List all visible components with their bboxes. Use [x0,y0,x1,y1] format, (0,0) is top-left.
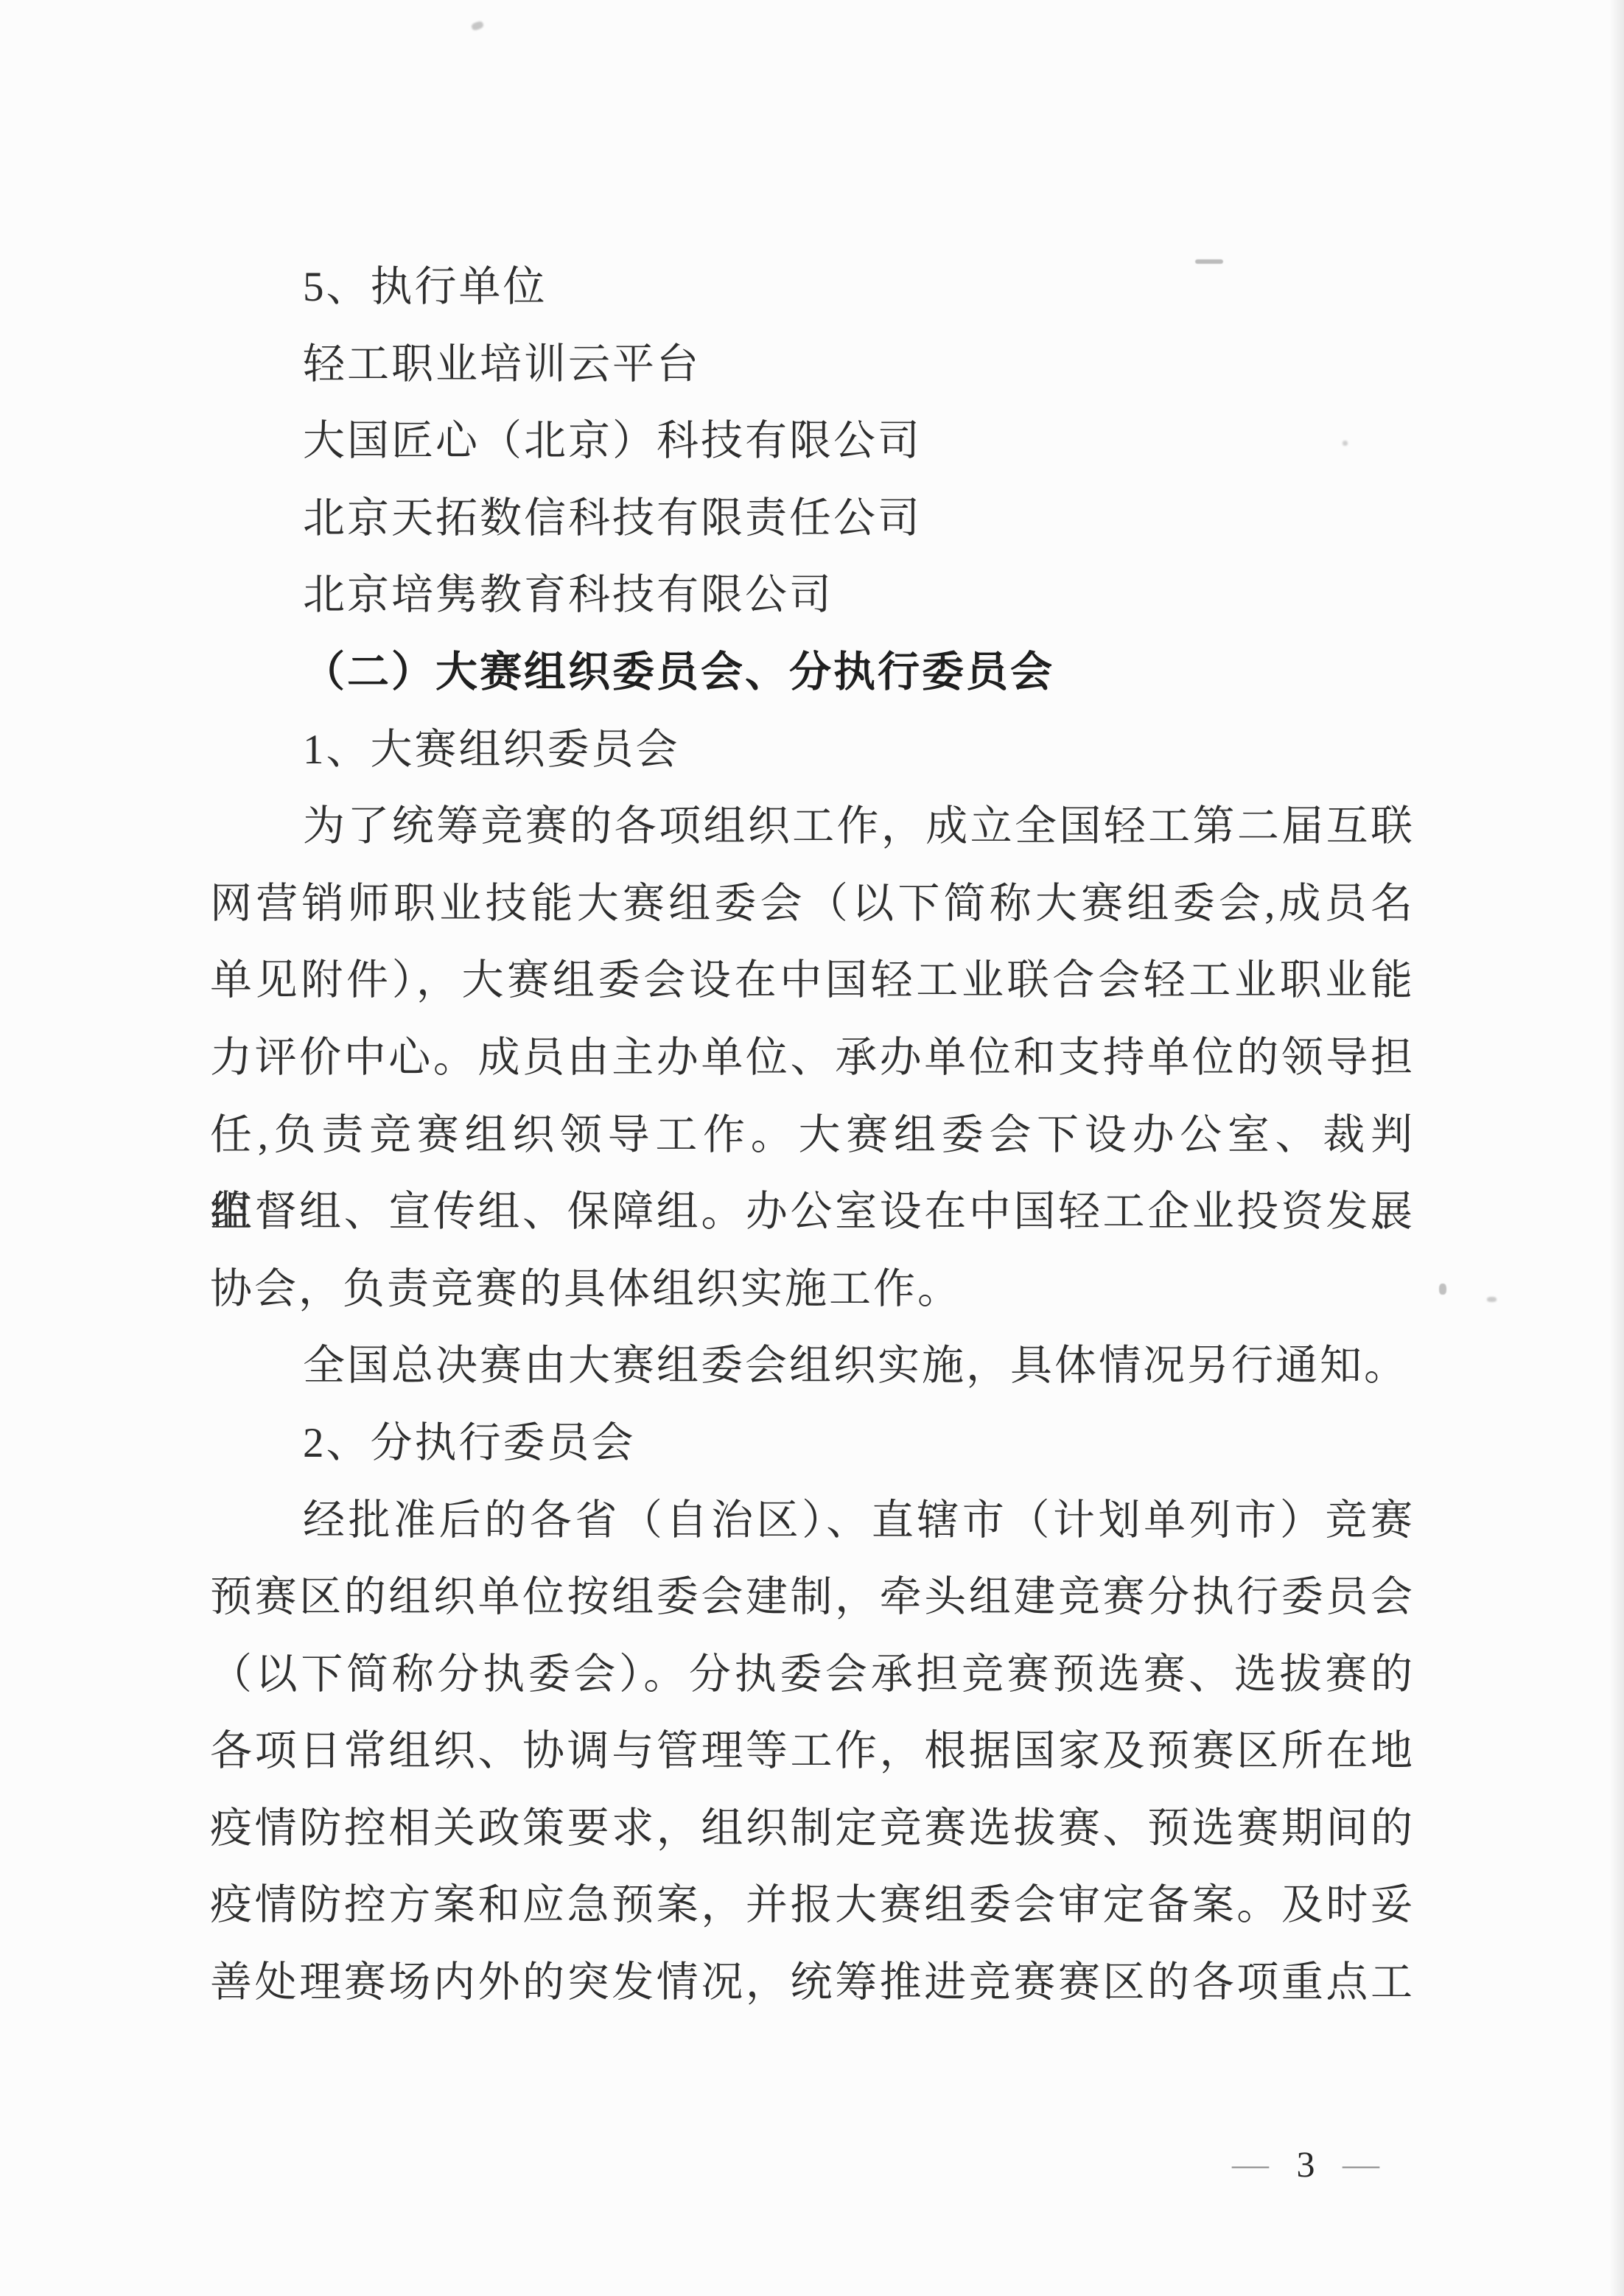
scan-speck [1195,259,1223,264]
document-body: 5、执行单位 轻工职业培训云平台 大国匠心（北京）科技有限公司 北京天拓数信科技… [210,249,1415,2022]
paragraph-3-line-4: 各项日常组织、协调与管理等工作，根据国家及预赛区所在地 [210,1713,1415,1791]
executing-unit-1: 轻工职业培训云平台 [210,326,1415,404]
page-number-dash-right: — [1343,2144,1379,2184]
subsection-2-title: 2、分执行委员会 [210,1405,1415,1483]
document-page: 5、执行单位 轻工职业培训云平台 大国匠心（北京）科技有限公司 北京天拓数信科技… [0,0,1624,2296]
scan-speck [1343,441,1348,446]
executing-unit-4: 北京培隽教育科技有限公司 [210,557,1415,634]
executing-unit-3: 北京天拓数信科技有限责任公司 [210,480,1415,558]
scan-edge-shadow [1609,0,1624,2296]
paragraph-1-line-1: 为了统筹竞赛的各项组织工作，成立全国轻工第二届互联 [210,788,1415,866]
executing-unit-2: 大国匠心（北京）科技有限公司 [210,403,1415,480]
scan-speck [1439,1284,1446,1295]
page-number: — 3 — [1232,2141,1379,2188]
paragraph-3-line-5: 疫情防控相关政策要求，组织制定竞赛选拔赛、预选赛期间的 [210,1791,1415,1868]
paragraph-1-line-4: 力评价中心。成员由主办单位、承办单位和支持单位的领导担 [210,1020,1415,1097]
page-number-dash-left: — [1232,2144,1269,2184]
paragraph-3-line-2: 预赛区的组织单位按组委会建制，牵头组建竞赛分执行委员会 [210,1559,1415,1637]
scan-speck [471,21,484,32]
paragraph-3-line-1: 经批准后的各省（自治区）、直辖市（计划单列市）竞赛 [210,1483,1415,1560]
page-number-value: 3 [1297,2141,1315,2188]
paragraph-3-line-6: 疫情防控方案和应急预案，并报大赛组委会审定备案。及时妥 [210,1867,1415,1945]
subsection-1-title: 1、大赛组织委员会 [210,712,1415,789]
paragraph-1-line-7: 协会，负责竞赛的具体组织实施工作。 [210,1251,1415,1329]
scan-speck [1487,1297,1497,1302]
section-2-heading: （二）大赛组织委员会、分执行委员会 [210,634,1415,712]
paragraph-2-line-1: 全国总决赛由大赛组委会组织实施，具体情况另行通知。 [210,1328,1415,1405]
paragraph-3-line-3: （以下简称分执委会）。分执委会承担竞赛预选赛、选拔赛的 [210,1637,1415,1714]
paragraph-1-line-2: 网营销师职业技能大赛组委会（以下简称大赛组委会,成员名 [210,866,1415,943]
paragraph-1-line-5: 任,负责竞赛组织领导工作。大赛组委会下设办公室、裁判组、 [210,1097,1415,1175]
item-5-title: 5、执行单位 [210,249,1415,326]
paragraph-1-line-3: 单见附件），大赛组委会设在中国轻工业联合会轻工业职业能 [210,942,1415,1020]
paragraph-1-line-6: 监督组、宣传组、保障组。办公室设在中国轻工企业投资发展 [210,1174,1415,1251]
paragraph-3-line-7: 善处理赛场内外的突发情况，统筹推进竞赛赛区的各项重点工 [210,1945,1415,2022]
